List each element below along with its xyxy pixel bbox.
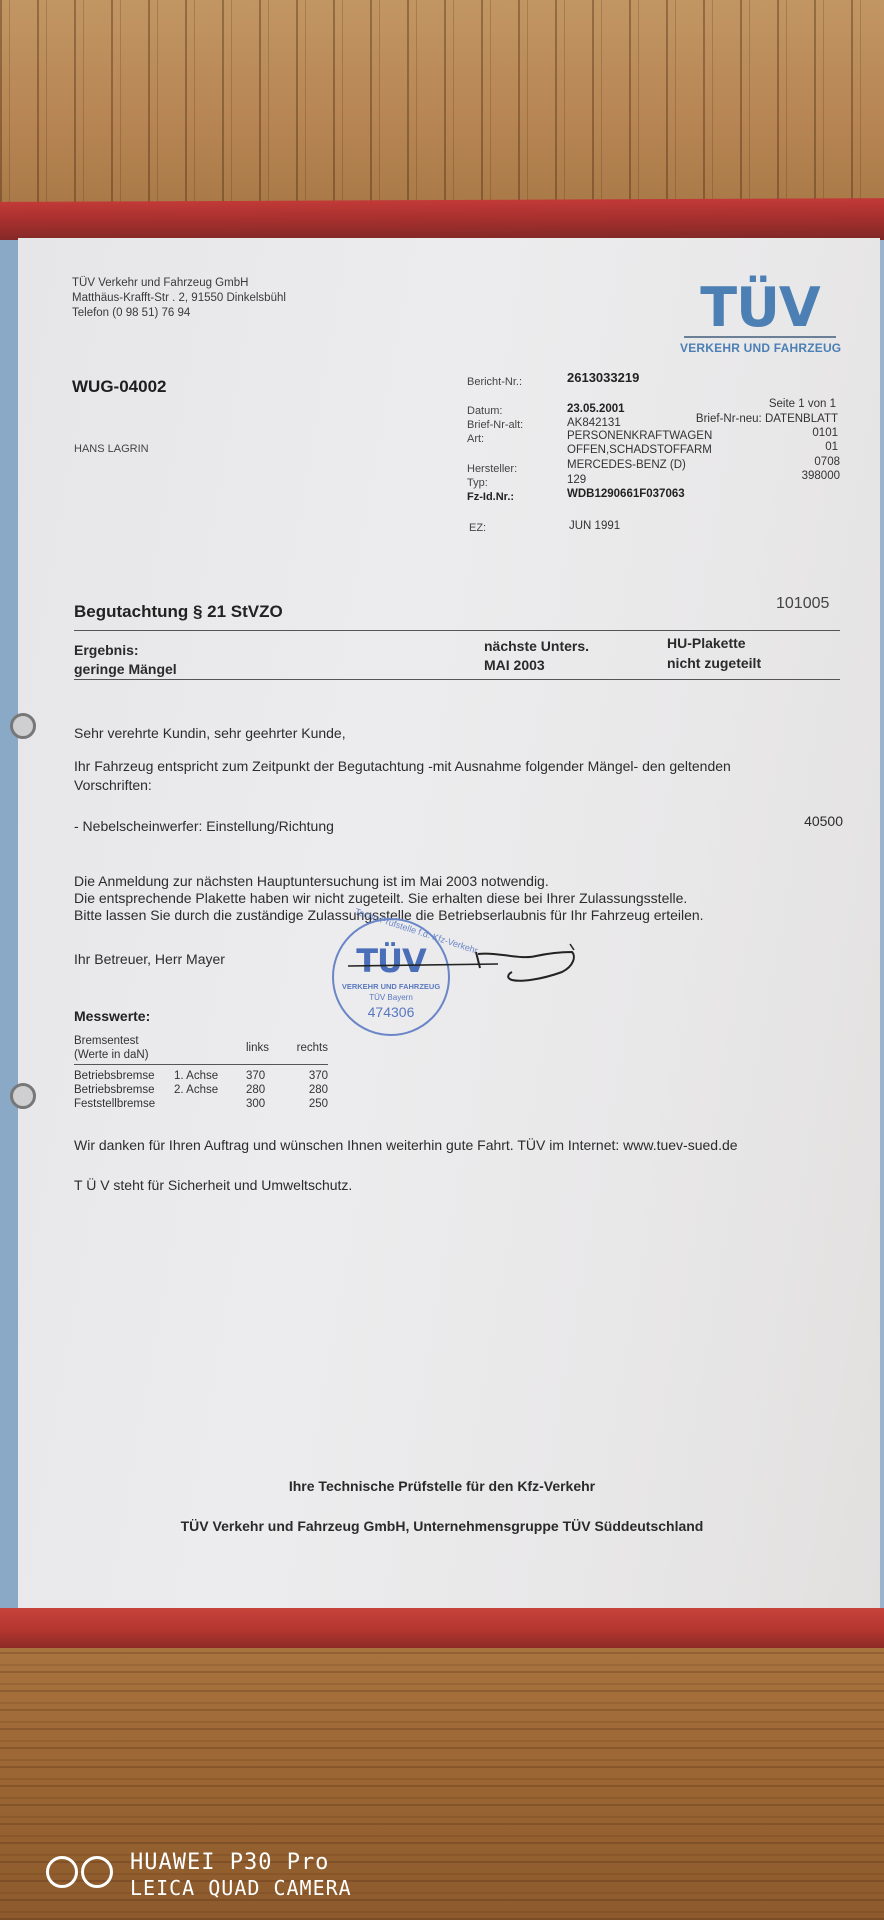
type-label: Typ: <box>467 477 488 489</box>
next-inspection-label: nächste Unters. <box>484 637 589 656</box>
tuv-logo: TÜV VERKEHR UND FAHRZEUG <box>680 282 840 355</box>
header-test: Bremsentest (Werte in daN) <box>74 1034 174 1065</box>
first-registration-value: JUN 1991 <box>569 520 620 532</box>
brake-test-table: Bremsentest (Werte in daN) links rechts … <box>74 1034 328 1111</box>
inspector-name: Ihr Betreuer, Herr Mayer <box>74 950 225 969</box>
row-brake: Feststellbremse <box>74 1097 174 1111</box>
thanks-line: Wir danken für Ihren Auftrag und wünsche… <box>74 1136 738 1155</box>
intro-line-2: Vorschriften: <box>74 776 152 795</box>
divider <box>74 630 840 631</box>
brief-neu: Brief-Nr-neu: DATENBLATT <box>696 413 838 425</box>
sticker-value: nicht zugeteilt <box>667 654 761 673</box>
defect-code: 40500 <box>804 812 843 831</box>
art-code-1: 0101 <box>812 427 838 439</box>
header-right: rechts <box>292 1034 328 1065</box>
date-label: Datum: <box>467 405 502 417</box>
art-code-2: 01 <box>825 441 838 453</box>
wood-background-top <box>0 0 884 205</box>
vin-value: WDB1290661F037063 <box>567 488 685 500</box>
footer-line-2: TÜV Verkehr und Fahrzeug GmbH, Unternehm… <box>0 1518 884 1534</box>
type-value: 129 <box>567 474 586 486</box>
type-code: 398000 <box>802 470 840 482</box>
row-brake: Betriebsbremse <box>74 1083 174 1097</box>
row-left: 300 <box>246 1097 292 1111</box>
tuv-logo-mark: TÜV <box>680 282 840 334</box>
page-indicator: Seite 1 von 1 <box>769 398 836 410</box>
table-row: Betriebsbremse 1. Achse 370 370 <box>74 1065 328 1084</box>
tuv-logo-subtitle: VERKEHR UND FAHRZEUG <box>680 341 840 355</box>
divider <box>74 679 840 680</box>
row-brake: Betriebsbremse <box>74 1065 174 1084</box>
brief-alt-value: AK842131 <box>567 417 621 429</box>
sender-company: TÜV Verkehr und Fahrzeug GmbH <box>72 276 286 291</box>
watermark-line-2: LEICA QUAD CAMERA <box>130 1876 352 1900</box>
art-value-2: OFFEN,SCHADSTOFFARM <box>567 444 712 456</box>
watermark-line-1: HUAWEI P30 Pro <box>130 1850 329 1875</box>
report-number-label: Bericht-Nr.: <box>467 376 522 388</box>
table-header-row: Bremsentest (Werte in daN) links rechts <box>74 1034 328 1065</box>
header-left: links <box>246 1034 292 1065</box>
footer-line-1: Ihre Technische Prüfstelle für den Kfz-V… <box>0 1478 884 1494</box>
intro-line-1: Ihr Fahrzeug entspricht zum Zeitpunkt de… <box>74 757 731 776</box>
sender-phone: Telefon (0 98 51) 76 94 <box>72 306 286 321</box>
sender-address: TÜV Verkehr und Fahrzeug GmbH Matthäus-K… <box>72 276 286 321</box>
section-code: 101005 <box>776 595 829 613</box>
binder-ring-icon <box>10 713 36 739</box>
art-label: Art: <box>467 433 484 445</box>
result-value: geringe Mängel <box>74 660 177 679</box>
leica-circles-icon <box>46 1856 116 1893</box>
measurements-title: Messwerte: <box>74 1008 150 1024</box>
header-axle <box>174 1034 246 1065</box>
manufacturer-value: MERCEDES-BENZ (D) <box>567 459 686 471</box>
row-right: 250 <box>292 1097 328 1111</box>
vin-label: Fz-Id.Nr.: <box>467 491 514 503</box>
defect-item: - Nebelscheinwerfer: Einstellung/Richtun… <box>74 817 334 836</box>
signature-icon <box>340 938 590 984</box>
row-axle: 2. Achse <box>174 1083 246 1097</box>
manufacturer-code: 0708 <box>814 456 840 468</box>
date-value: 23.05.2001 <box>567 403 625 415</box>
motto-line: T Ü V steht für Sicherheit und Umweltsch… <box>74 1176 352 1195</box>
license-plate: WUG-04002 <box>72 377 166 397</box>
row-left: 370 <box>246 1065 292 1084</box>
first-registration-label: EZ: <box>469 522 486 534</box>
binder-ring-icon <box>10 1083 36 1109</box>
table-row: Feststellbremse 300 250 <box>74 1097 328 1111</box>
next-inspection-value: MAI 2003 <box>484 656 545 675</box>
report-number: 2613033219 <box>567 370 639 385</box>
sender-street: Matthäus-Krafft-Str . 2, 91550 Dinkelsbü… <box>72 291 286 306</box>
sticker-label: HU-Plakette <box>667 634 746 653</box>
stamp-number: 474306 <box>334 1004 448 1020</box>
row-right: 370 <box>292 1065 328 1084</box>
row-left: 280 <box>246 1083 292 1097</box>
section-title: Begutachtung § 21 StVZO <box>74 602 283 622</box>
row-axle: 1. Achse <box>174 1065 246 1084</box>
row-right: 280 <box>292 1083 328 1097</box>
red-folder-edge-bottom <box>0 1608 884 1648</box>
manufacturer-label: Hersteller: <box>467 463 517 475</box>
greeting: Sehr verehrte Kundin, sehr geehrter Kund… <box>74 724 346 743</box>
row-axle <box>174 1097 246 1111</box>
stamp-line-2: TÜV Bayern <box>334 993 448 1002</box>
result-label: Ergebnis: <box>74 641 139 660</box>
brief-alt-label: Brief-Nr-alt: <box>467 419 523 431</box>
art-value-1: PERSONENKRAFTWAGEN <box>567 430 712 442</box>
table-row: Betriebsbremse 2. Achse 280 280 <box>74 1083 328 1097</box>
owner-name: HANS LAGRIN <box>74 443 149 455</box>
